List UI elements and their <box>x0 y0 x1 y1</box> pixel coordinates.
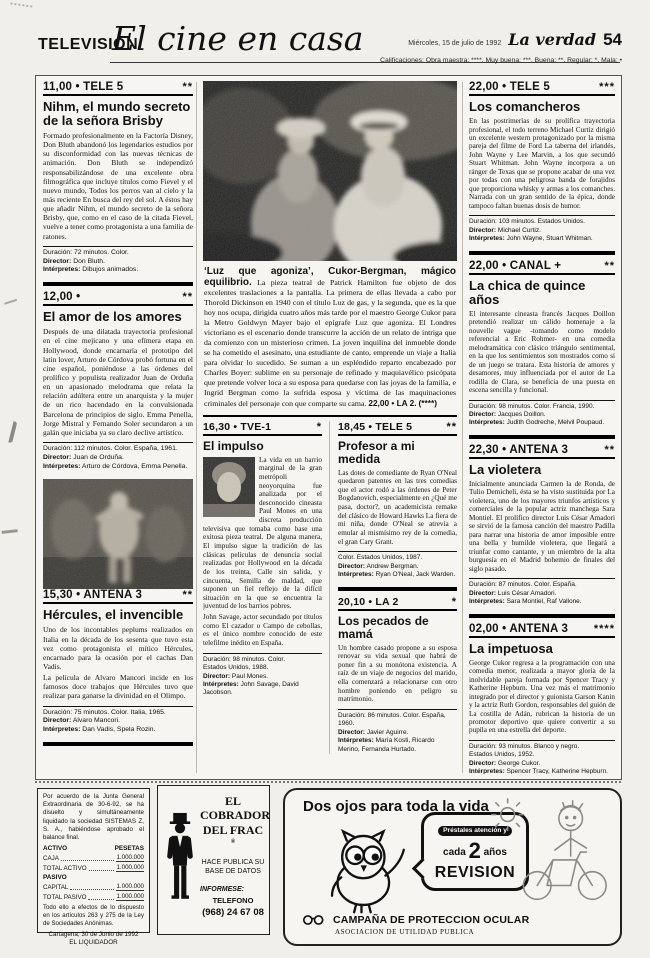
table-row: TOTAL PASIVO1.000.000 <box>43 893 144 901</box>
date-text: Miércoles, 15 de julio de 1992 <box>408 40 501 47</box>
credit-line: Intérpretes: John Wayne, Stuart Whitman. <box>469 235 615 243</box>
listing-1530-antena3: 15,30 • ANTENA 3 ** Hércules, el invenci… <box>43 589 193 735</box>
ad-title: EL COBRADOR DEL FRAC ® <box>200 794 266 852</box>
rating-stars: * <box>452 596 457 608</box>
credit-line: Duración: 103 minutos. Estados Unidos. <box>469 218 615 226</box>
film-review: Después de una dilatada trayectoria prof… <box>43 327 193 437</box>
credit-line: Duración: 75 minutos. Color. Italia, 196… <box>43 709 193 718</box>
ratings-legend: Calificaciones: Obra maestra: ****. Muy … <box>380 57 622 64</box>
credit-line: Intérpretes: Ryan O'Neal, Jack Warden. <box>338 571 457 579</box>
column-rule <box>196 82 197 773</box>
rating-stars: ** <box>604 260 615 272</box>
association-name: ASOCIACION DE UTILIDAD PUBLICA <box>335 928 529 936</box>
rating-stars: ** <box>604 444 615 456</box>
listing-2230-antena3: 22,30 • ANTENA 3 ** La violetera Inicial… <box>469 444 615 607</box>
credit-line: Intérpretes: Dan Vadis, Spela Rozin. <box>43 726 193 735</box>
film-review: El interesante cineasta francés Jacques … <box>469 310 615 395</box>
credit-line: Director: Javier Aguirre. <box>338 729 457 737</box>
man-in-top-hat-icon <box>163 808 197 908</box>
credit-line: Duración: 112 minutos. Color. España, 19… <box>43 445 193 454</box>
credit-line: Director: Luis César Amadori. <box>469 590 615 598</box>
film-credits: Duración: 86 minutos. Color. España, 196… <box>338 709 457 754</box>
film-credits: Duración: 112 minutos. Color. España, 19… <box>43 442 193 471</box>
newspaper-logo: La verdad <box>508 30 596 49</box>
film-credits: Duración: 72 minutos. Color. Director: D… <box>43 246 193 275</box>
hercules-film-photo <box>43 479 193 589</box>
film-title: Los comancheros <box>469 100 615 114</box>
film-title: La violetera <box>469 463 615 477</box>
time-channel: 22,30 • ANTENA 3 <box>469 444 568 456</box>
ad-liquidation-notice: Por acuerdo de la Junta General Extraord… <box>37 788 150 933</box>
article-divider <box>469 614 615 618</box>
film-title: Hércules, el invencible <box>43 608 193 622</box>
time-channel: 02,00 • ANTENA 3 <box>469 623 568 635</box>
rating-stars: ** <box>182 291 193 303</box>
listing-header: 02,00 • ANTENA 3 **** <box>469 623 615 638</box>
credit-line: Duración: 98 minutos. Color. Francia, 19… <box>469 403 615 411</box>
section-rule <box>203 415 457 417</box>
rating-stars: * <box>317 421 322 433</box>
gaslight-film-photo <box>203 81 457 261</box>
rating-stars: ** <box>182 81 193 93</box>
credit-line: Director: Juan de Orduña. <box>43 454 193 463</box>
table-row: CAPITAL1.000.000 <box>43 883 144 891</box>
dot-leader <box>89 870 115 871</box>
article-divider <box>43 282 193 286</box>
dot-leader <box>70 889 114 890</box>
film-review: Formado profesionalmente en la Factoría … <box>43 131 193 241</box>
film-title: La impetuosa <box>469 642 615 656</box>
film-credits: Duración: 75 minutos. Color. Italia, 196… <box>43 706 193 735</box>
listing-1845-tele5: 18,45 • TELE 5 ** Profesor a mi medida L… <box>338 421 457 580</box>
rating-stars: *** <box>599 81 615 93</box>
time-channel: 11,00 • TELE 5 <box>43 81 123 93</box>
listing-0200-antena3: 02,00 • ANTENA 3 **** La impetuosa Georg… <box>469 623 615 774</box>
film-credits: Duración: 98 minutos. Color. Francia, 19… <box>469 400 615 428</box>
feature-caption-body: La pieza teatral de Patrick Hamilton fue… <box>204 278 456 408</box>
time-channel: 16,30 • TVE-1 <box>203 421 271 433</box>
film-review: Uno de los incontables peplums realizado… <box>43 625 193 671</box>
column-right: 22,00 • TELE 5 *** Los comancheros En la… <box>469 81 615 774</box>
credit-line: Intérpretes: María Kosti, Ricardo Merino… <box>338 737 457 754</box>
child-with-bicycle-sketch <box>486 798 614 910</box>
listing-header: 22,00 • TELE 5 *** <box>469 81 615 96</box>
listing-header: 18,45 • TELE 5 ** <box>338 421 457 436</box>
listing-header: 16,30 • TVE-1 * <box>203 421 322 436</box>
sub-column-left: 16,30 • TVE-1 * El impulso <box>203 421 322 755</box>
listing-2010-la2: 20,10 • LA 2 * Los pecados de mamá Un ho… <box>338 596 457 755</box>
registered-mark: ® <box>231 839 235 845</box>
column-rule <box>462 82 463 773</box>
sub-column-right: 18,45 • TELE 5 ** Profesor a mi medida L… <box>329 421 457 755</box>
credit-line: Director: George Cukor. <box>469 760 615 768</box>
listings-box: 11,00 • TELE 5 ** Nihm, el mundo secreto… <box>35 75 622 780</box>
credit-line: Duración: 87 minutos. Color. España. <box>469 581 615 589</box>
dateline: Miércoles, 15 de julio de 1992 La verdad… <box>408 30 622 50</box>
notice-intro: Por acuerdo de la Junta General Extraord… <box>43 793 144 842</box>
number-2: 2 <box>469 838 481 863</box>
sub-columns: 16,30 • TVE-1 * El impulso <box>203 421 457 755</box>
campaign-name: CAMPAÑA DE PROTECCION OCULAR <box>333 914 529 926</box>
credit-line: Director: Jacques Doillon. <box>469 411 615 419</box>
owl-cartoon-icon <box>321 824 413 916</box>
credit-line: Color. Estados Unidos, 1987. <box>338 554 457 562</box>
credit-line: Intérpretes: Judith Godreche, Melvil Pou… <box>469 419 615 427</box>
column-end-rule <box>43 742 193 746</box>
listing-header: 11,00 • TELE 5 ** <box>43 81 193 96</box>
listing-header: 15,30 • ANTENA 3 ** <box>43 589 193 604</box>
table-row: TOTAL ACTIVO1.000.000 <box>43 864 144 872</box>
credit-line: Director: Andrew Bergman. <box>338 563 457 571</box>
table-row: CAJA1.000.000 <box>43 854 144 862</box>
table-section: PASIVO <box>43 874 144 881</box>
time-channel: 18,45 • TELE 5 <box>338 421 412 433</box>
dotted-separator <box>35 781 621 783</box>
film-review: John Savage, actor secundado por títulos… <box>203 613 322 648</box>
film-review: George Cukor regresa a la programación c… <box>469 659 615 735</box>
listing-1100-tele5: 11,00 • TELE 5 ** Nihm, el mundo secreto… <box>43 81 193 275</box>
film-title: El impulso <box>203 440 322 453</box>
film-review: En las postrimerías de su prolífica tray… <box>469 117 615 210</box>
listing-1630-tve1: 16,30 • TVE-1 * El impulso <box>203 421 322 698</box>
rating-stars: **** <box>594 623 615 635</box>
credit-line: Duración: 86 minutos. Color. España, 196… <box>338 712 457 729</box>
listing-1200: 12,00 • ** El amor de los amores Después… <box>43 291 193 471</box>
credit-line: Intérpretes: Sara Montiel, Raf Vallone. <box>469 598 615 606</box>
credit-line: Director: Alvaro Mancori. <box>43 717 193 726</box>
film-review: Las dotes de comediante de Ryan O'Neal q… <box>338 469 457 547</box>
listing-2200-tele5: 22,00 • TELE 5 *** Los comancheros En la… <box>469 81 615 244</box>
credit-line: Director: Paul Mones. <box>203 673 322 681</box>
film-title: La chica de quince años <box>469 279 615 307</box>
film-credits: Duración: 93 minutos. Blanco y negro. Es… <box>469 740 615 774</box>
film-credits: Duración: 98 minutos. Color. Estados Uni… <box>203 653 322 698</box>
margin-scribble <box>0 419 17 444</box>
dot-leader <box>88 899 114 900</box>
dot-leader <box>61 860 115 861</box>
column-middle: ‘Luz que agoniza’, Cukor-Bergman, mágico… <box>203 81 457 774</box>
film-review: La vida en un barrio marginal de la gran… <box>203 456 322 612</box>
feature-caption: ‘Luz que agoniza’, Cukor-Bergman, mágico… <box>204 266 456 409</box>
film-credits: Color. Estados Unidos, 1987. Director: A… <box>338 551 457 579</box>
ad-subtitle: HACE PUBLICA SU BASE DE DATOS <box>200 858 266 876</box>
rating-stars: ** <box>182 589 193 601</box>
credit-line: Estados Unidos, 1952. <box>469 751 615 759</box>
listing-2200-canal-plus: 22,00 • CANAL + ** La chica de quince añ… <box>469 260 615 428</box>
listing-header: 22,00 • CANAL + ** <box>469 260 615 275</box>
signature-block: Cartagena, 30 de Junio de 1992 EL LIQUID… <box>43 931 144 948</box>
time-channel: 22,00 • TELE 5 <box>469 81 550 93</box>
impulso-film-photo <box>203 457 255 517</box>
phone-number: (968) 24 67 08 <box>200 907 266 918</box>
film-review: Inicialmente anunciada Carmen la de Rond… <box>469 480 615 573</box>
feature-broadcast-tag: 22,00 • LA 2. <box>368 398 416 408</box>
margin-scribble <box>2 292 17 305</box>
time-channel: 15,30 • ANTENA 3 <box>43 589 142 601</box>
credit-line: Intérpretes: Arturo de Córdova, Emma Pen… <box>43 463 193 472</box>
page-number: 54 <box>603 30 622 50</box>
campaign-footer: CAMPAÑA DE PROTECCION OCULAR ASOCIACION … <box>301 914 529 936</box>
frac-ad-text: EL COBRADOR DEL FRAC ® HACE PUBLICA SU B… <box>200 794 266 918</box>
credit-line: Duración: 72 minutos. Color. <box>43 249 193 258</box>
listing-header: 12,00 • ** <box>43 291 193 306</box>
film-review: La película de Alvaro Mancori incide en … <box>43 673 193 700</box>
listing-header: 22,30 • ANTENA 3 ** <box>469 444 615 459</box>
article-divider <box>338 587 457 591</box>
film-title: Nihm, el mundo secreto de la señora Bris… <box>43 100 193 128</box>
column-left: 11,00 • TELE 5 ** Nihm, el mundo secreto… <box>43 81 193 774</box>
credit-line: Intérpretes: John Savage, David Jacobson… <box>203 681 322 698</box>
listing-header: 20,10 • LA 2 * <box>338 596 457 611</box>
rating-stars: ** <box>446 421 457 433</box>
film-title: Los pecados de mamá <box>338 615 457 641</box>
feature-rating: (****) <box>419 398 437 408</box>
time-channel: 12,00 • <box>43 291 80 303</box>
time-channel: 22,00 • CANAL + <box>469 260 561 272</box>
article-divider <box>469 435 615 439</box>
film-credits: Duración: 103 minutos. Estados Unidos. D… <box>469 215 615 243</box>
time-channel: 20,10 • LA 2 <box>338 596 399 608</box>
credit-line: Duración: 93 minutos. Blanco y negro. <box>469 743 615 751</box>
credit-line: Director: Michael Curtiz. <box>469 227 615 235</box>
article-divider <box>469 251 615 255</box>
ad-cobrador-del-frac: EL COBRADOR DEL FRAC ® HACE PUBLICA SU B… <box>157 785 270 935</box>
margin-scribble <box>10 3 33 13</box>
newspaper-page: TELEVISION El cine en casa Miércoles, 15… <box>0 0 650 958</box>
margin-scribble <box>2 529 19 540</box>
phone-label: TELEFONO <box>200 896 266 905</box>
film-title: El amor de los amores <box>43 310 193 324</box>
film-review: Un hombre casado propone a su esposa ren… <box>338 644 457 704</box>
film-title: Profesor a mi medida <box>338 440 457 466</box>
credit-line: Intérpretes: Dibujos animados. <box>43 266 193 275</box>
film-credits: Duración: 87 minutos. Color. España. Dir… <box>469 578 615 606</box>
page-title: El cine en casa <box>112 22 363 55</box>
credit-line: Director: Don Bluth. <box>43 258 193 267</box>
credit-line: Estados Unidos, 1988. <box>203 664 322 672</box>
table-header: ACTIVO PESETAS <box>43 845 144 852</box>
credit-line: Duración: 98 minutos. Color. <box>203 656 322 664</box>
eyeglasses-icon <box>301 914 327 926</box>
ad-eye-campaign: Dos ojos para toda la vida Préstales ate… <box>283 788 622 946</box>
info-label: INFORMESE: <box>200 886 266 893</box>
legal-text: Todo ello a efectos de lo dispuesto en l… <box>43 904 144 927</box>
credit-line: Intérpretes: Spencer Tracy, Katherine He… <box>469 768 615 774</box>
